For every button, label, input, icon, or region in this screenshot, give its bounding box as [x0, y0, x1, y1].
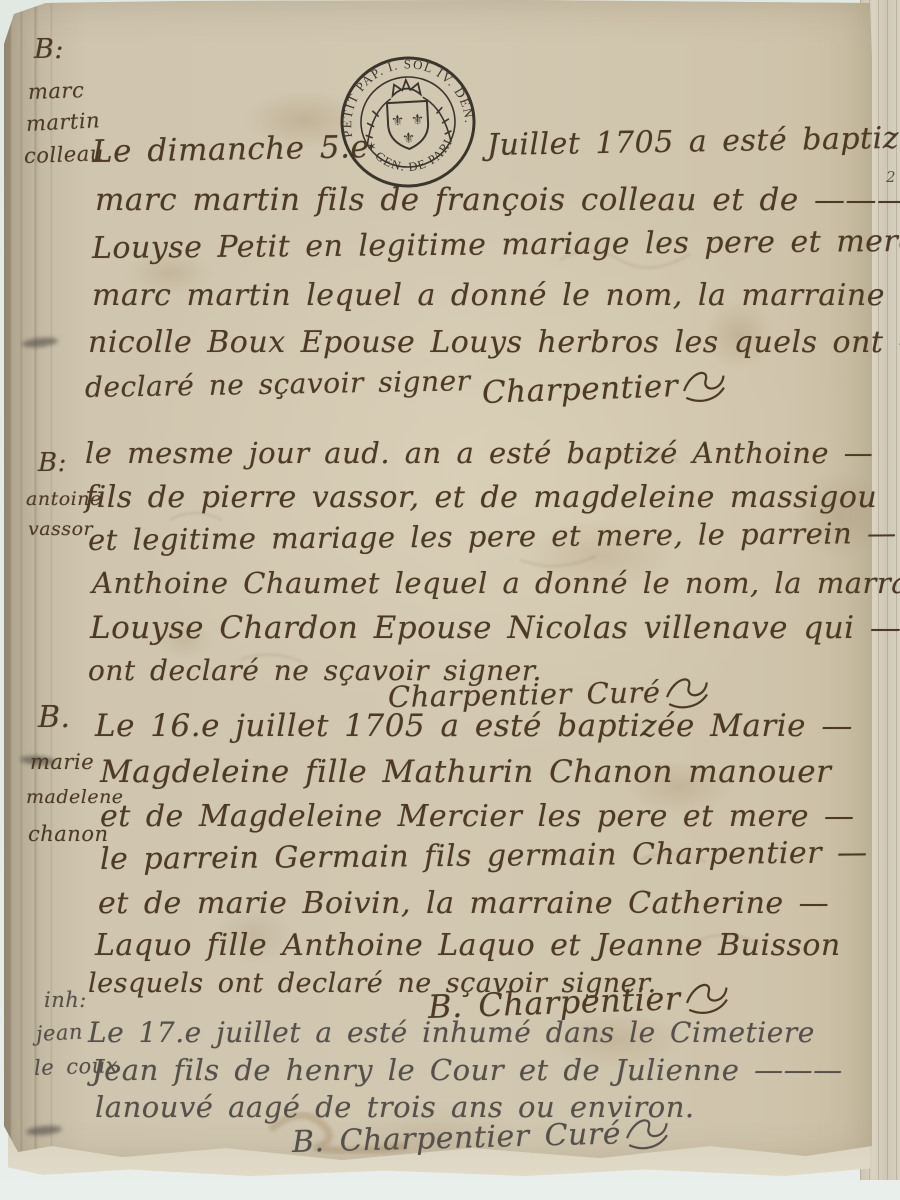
margin-note-line: B: [34, 34, 64, 65]
manuscript-line: fils de pierre vassor, et de magdeleine … [85, 480, 877, 515]
manuscript-line: Juillet 1705 a esté baptizé [487, 120, 900, 163]
manuscript-line: Louyse Chardon Epouse Nicolas villenave … [90, 610, 900, 646]
fleur-de-lis-icon: ⚜ [401, 131, 415, 148]
signature-name: B. Charpentier Curé [292, 1116, 622, 1160]
manuscript-line: marc martin lequel a donné le nom, la ma… [92, 278, 885, 313]
manuscript-line: le mesme jour aud. an a esté baptizé Ant… [85, 436, 873, 470]
margin-note-line: B: [38, 448, 67, 478]
manuscript-line: Le 16.e juillet 1705 a esté baptizée Mar… [95, 708, 853, 744]
scanned-parish-register: PETIT PAP. I. SOL IV. DEN. LA F ✶ GEN. D… [0, 0, 900, 1200]
signature-paraph-icon [663, 672, 710, 711]
signature-paraph-icon [680, 365, 727, 405]
signature-paraph-icon [623, 1113, 670, 1152]
margin-note-line: chanon [28, 822, 109, 846]
margin-note-line: marc [28, 78, 85, 104]
manuscript-line: declaré ne sçavoir signer [85, 364, 471, 404]
manuscript-line: Le 17.e juillet a esté inhumé dans le Ci… [88, 1016, 815, 1049]
manuscript-line: et legitime mariage les pere et mere, le… [88, 516, 897, 557]
manuscript-line: Louyse Petit en legitime mariage les per… [92, 224, 900, 266]
fleur-de-lis-icon: ⚜ [411, 112, 425, 129]
page-edge-mark: 2 [886, 168, 896, 186]
margin-note-line: martin [25, 108, 100, 136]
signature-paraph-icon [683, 977, 730, 1017]
crown-icon [392, 79, 421, 95]
margin-note-line: B. [38, 700, 71, 735]
manuscript-line: Le dimanche 5.e [92, 129, 370, 170]
manuscript-line: Magdeleine fille Mathurin Chanon manouer [100, 754, 831, 790]
manuscript-line: nicolle Boux Epouse Louys herbros les qu… [88, 325, 900, 360]
tax-stamp: PETIT PAP. I. SOL IV. DEN. LA F ✶ GEN. D… [318, 42, 498, 203]
manuscript-line: Laquo fille Anthoine Laquo et Jeanne Bui… [95, 928, 841, 963]
manuscript-line: et de Magdeleine Mercier les pere et mer… [100, 799, 855, 834]
manuscript-line: Jean fils de henry le Cour et de Julienn… [92, 1053, 843, 1087]
margin-note-line: marie [30, 750, 94, 774]
margin-note-line: inh: [44, 988, 87, 1012]
manuscript-line: marc martin fils de françois colleau et … [95, 182, 900, 218]
manuscript-line: le parrein Germain fils germain Charpent… [100, 835, 868, 877]
signature-name: Charpentier [481, 368, 678, 411]
margin-note-line: jean [35, 1020, 83, 1046]
margin-note-line: vassor [28, 518, 93, 540]
manuscript-line: Anthoine Chaumet lequel a donné le nom, … [92, 566, 900, 600]
fleur-de-lis-icon: ⚜ [391, 113, 405, 130]
manuscript-line: et de marie Boivin, la marraine Catherin… [98, 886, 829, 921]
